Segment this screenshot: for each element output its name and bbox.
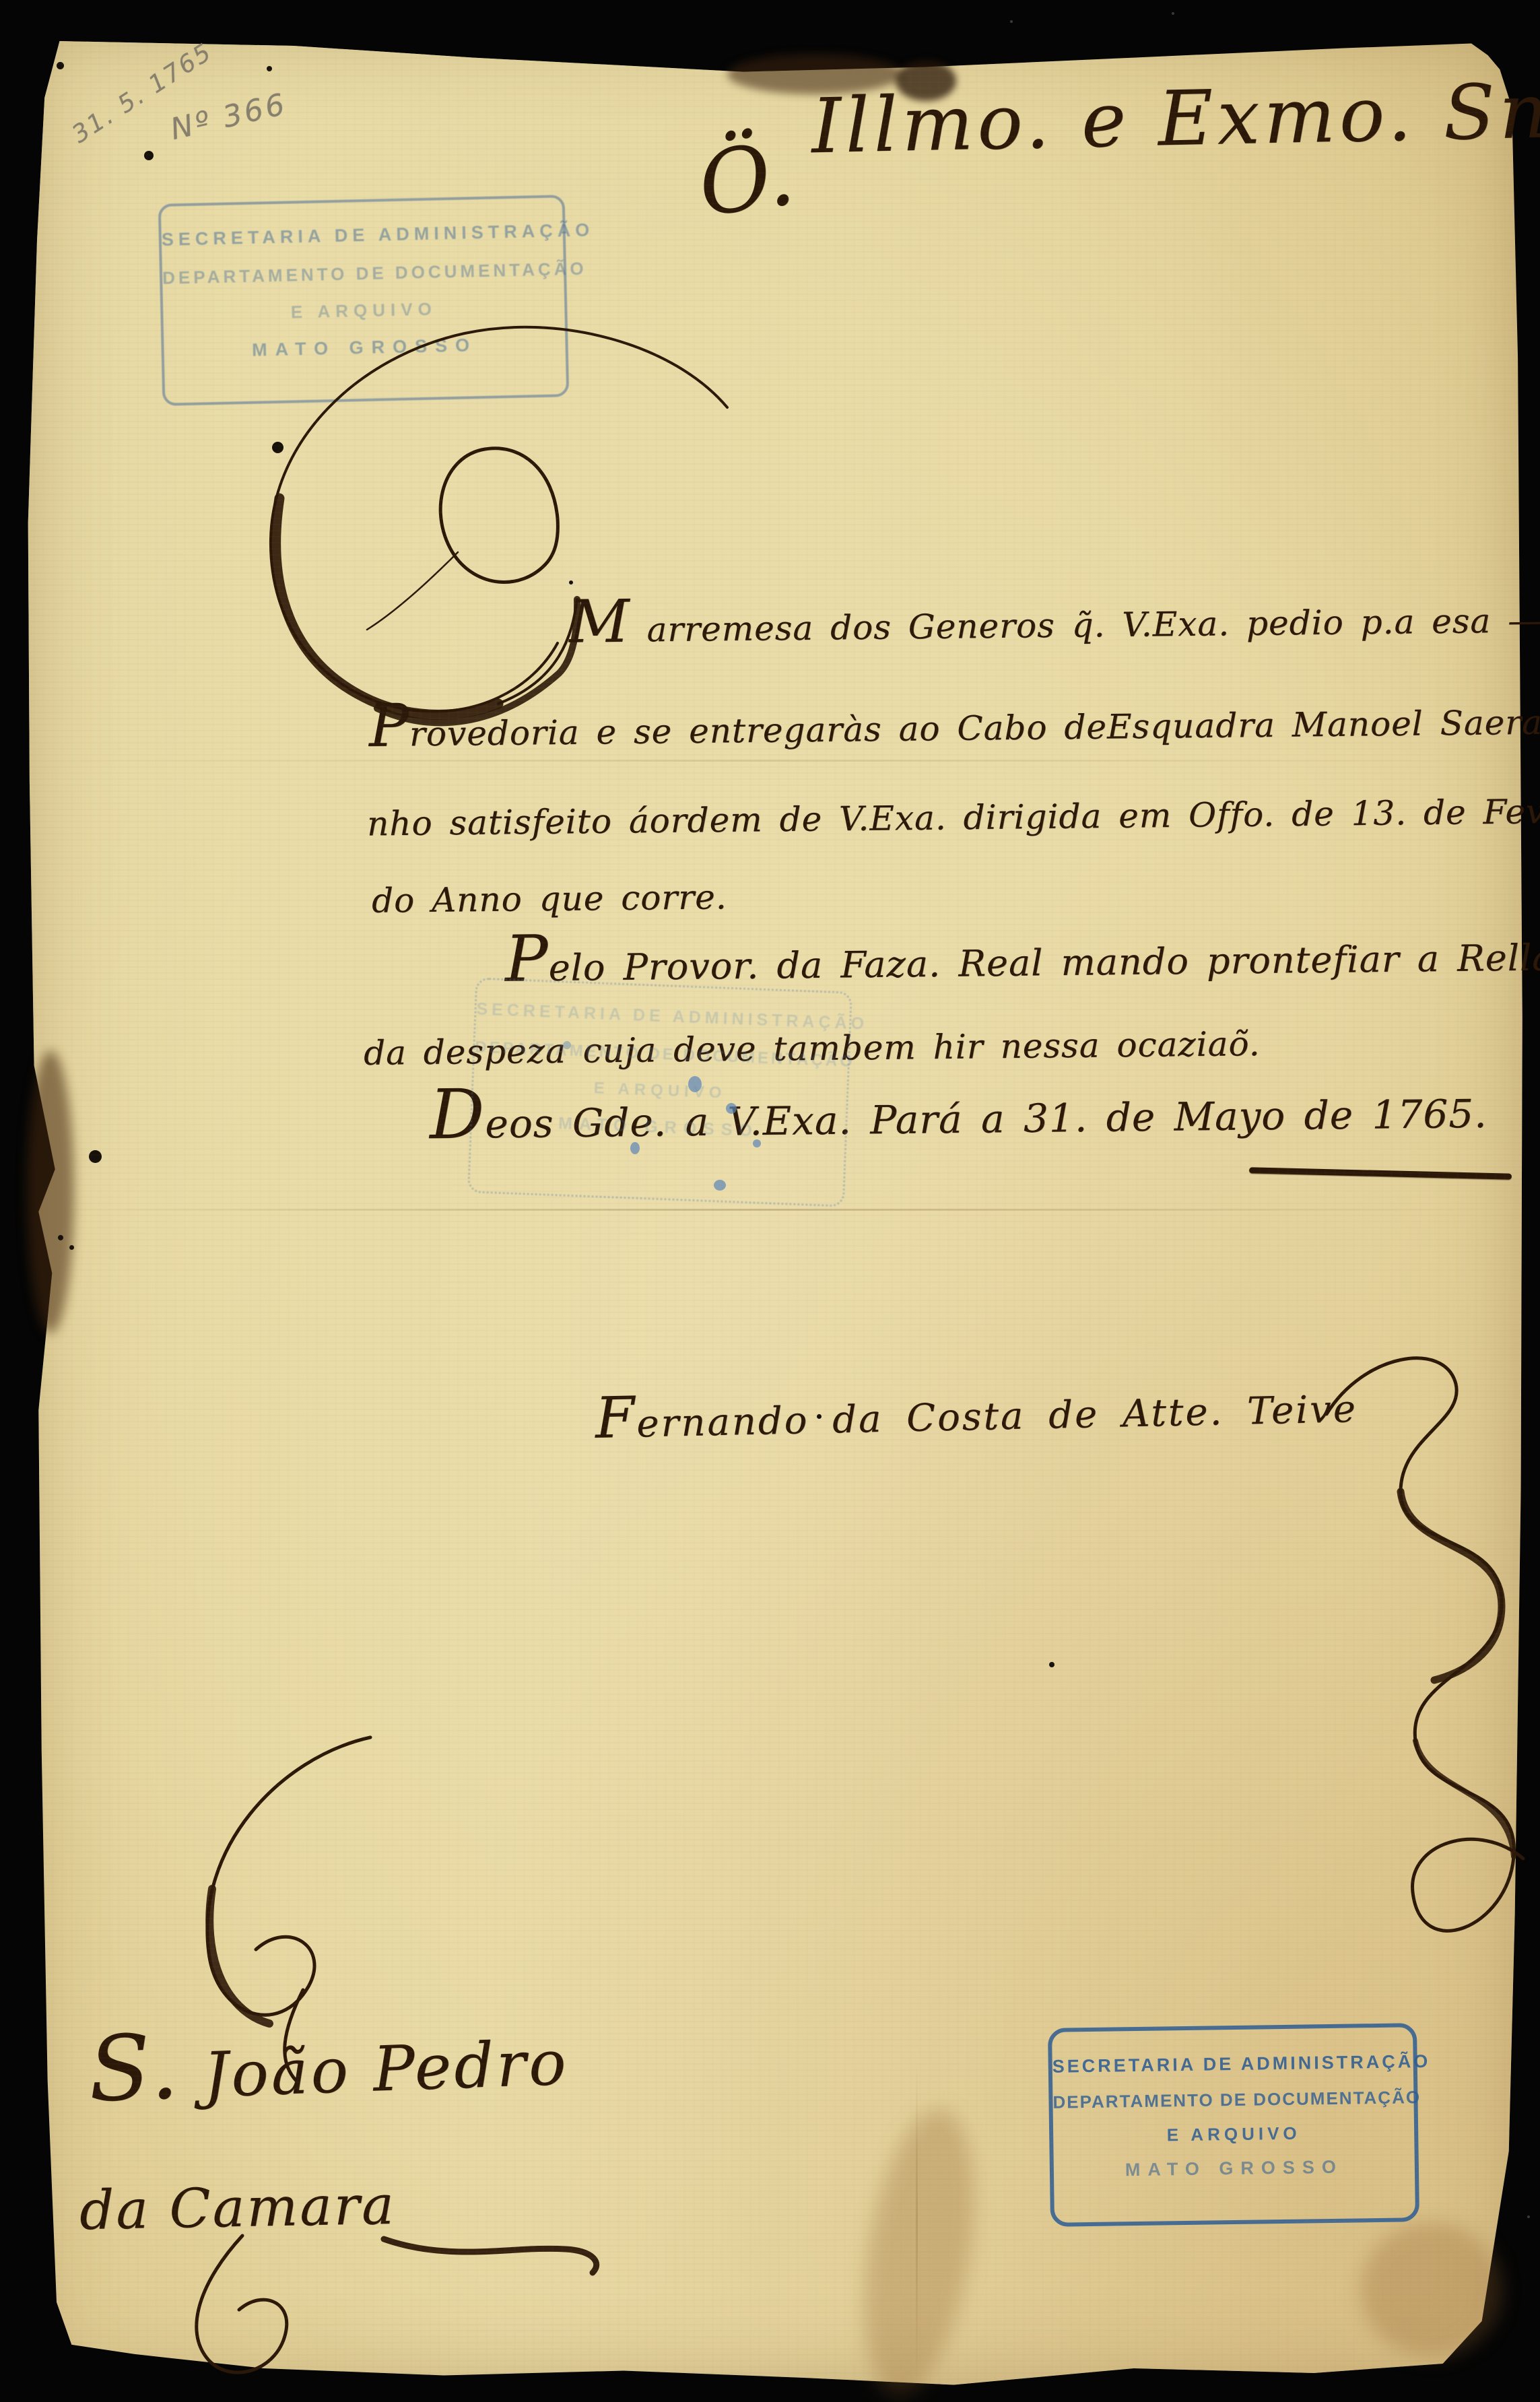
dust-speck <box>1172 12 1174 15</box>
fold-crease <box>916 2061 918 2384</box>
stamp-line-1: SECRETARIA DE ADMINISTRAÇÃO <box>1052 2051 1413 2077</box>
ink-speck <box>57 62 64 69</box>
ink-speck <box>267 66 272 71</box>
stamp-ink-blot <box>630 1142 640 1154</box>
manuscript-line: do Anno que corre. <box>372 877 727 921</box>
ink-speck <box>144 151 154 160</box>
dust-speck <box>1010 20 1013 23</box>
ink-speck <box>58 1235 63 1240</box>
ink-speck <box>69 1245 74 1250</box>
stamp-line-1: SECRETARIA DE ADMINISTRAÇÃO <box>162 220 564 251</box>
stamp-line-3: E ARQUIVO <box>1053 2121 1414 2147</box>
fold-crease <box>40 1209 1495 1211</box>
ink-speck <box>1049 1662 1054 1667</box>
stamp-line-4: MATO GROSSO <box>472 1110 846 1144</box>
photo-background: { "pencil_note": { "date": "31. 5. 1765"… <box>0 0 1540 2402</box>
stamp-ink-blot <box>714 1180 726 1191</box>
stamp-ink-blot <box>726 1103 737 1114</box>
stamp-line-1: SECRETARIA DE ADMINISTRAÇÃO <box>476 999 850 1033</box>
signature-flourish <box>1306 1337 1540 2017</box>
stamp-ink-blot <box>753 1139 761 1147</box>
stamp-ink-blot <box>688 1076 702 1092</box>
dust-speck <box>1527 2215 1530 2218</box>
stamp-line-4: MATO GROSSO <box>1054 2156 1415 2181</box>
stamp-middle-faint: SECRETARIA DE ADMINISTRAÇÃO DEPARTAMENTO… <box>467 977 852 1207</box>
addressee-tail-flourish <box>162 2215 673 2384</box>
stamp-line-2: DEPARTAMENTO DE DOCUMENTAÇÃO <box>162 259 564 289</box>
stamp-line-2: DEPARTAMENTO DE DOCUMENTAÇÃO <box>1052 2087 1413 2112</box>
paper-stain <box>27 1050 74 1333</box>
salutation-ornament: Ö. <box>692 122 800 236</box>
flourish-swirl <box>242 296 754 781</box>
stamp-ink-blot <box>563 1041 571 1049</box>
stamp-line-3: E ARQUIVO <box>473 1074 847 1107</box>
salutation: Illmo. e Exmo. Snor. <box>811 65 1540 170</box>
paper-stain <box>1360 2222 1502 2357</box>
stamp-line-2: DEPARTAMENTO DE DOCUMENTAÇÃO <box>475 1038 848 1071</box>
ink-speck <box>89 1150 102 1163</box>
stamp-bottom-right: SECRETARIA DE ADMINISTRAÇÃO DEPARTAMENTO… <box>1048 2023 1419 2227</box>
